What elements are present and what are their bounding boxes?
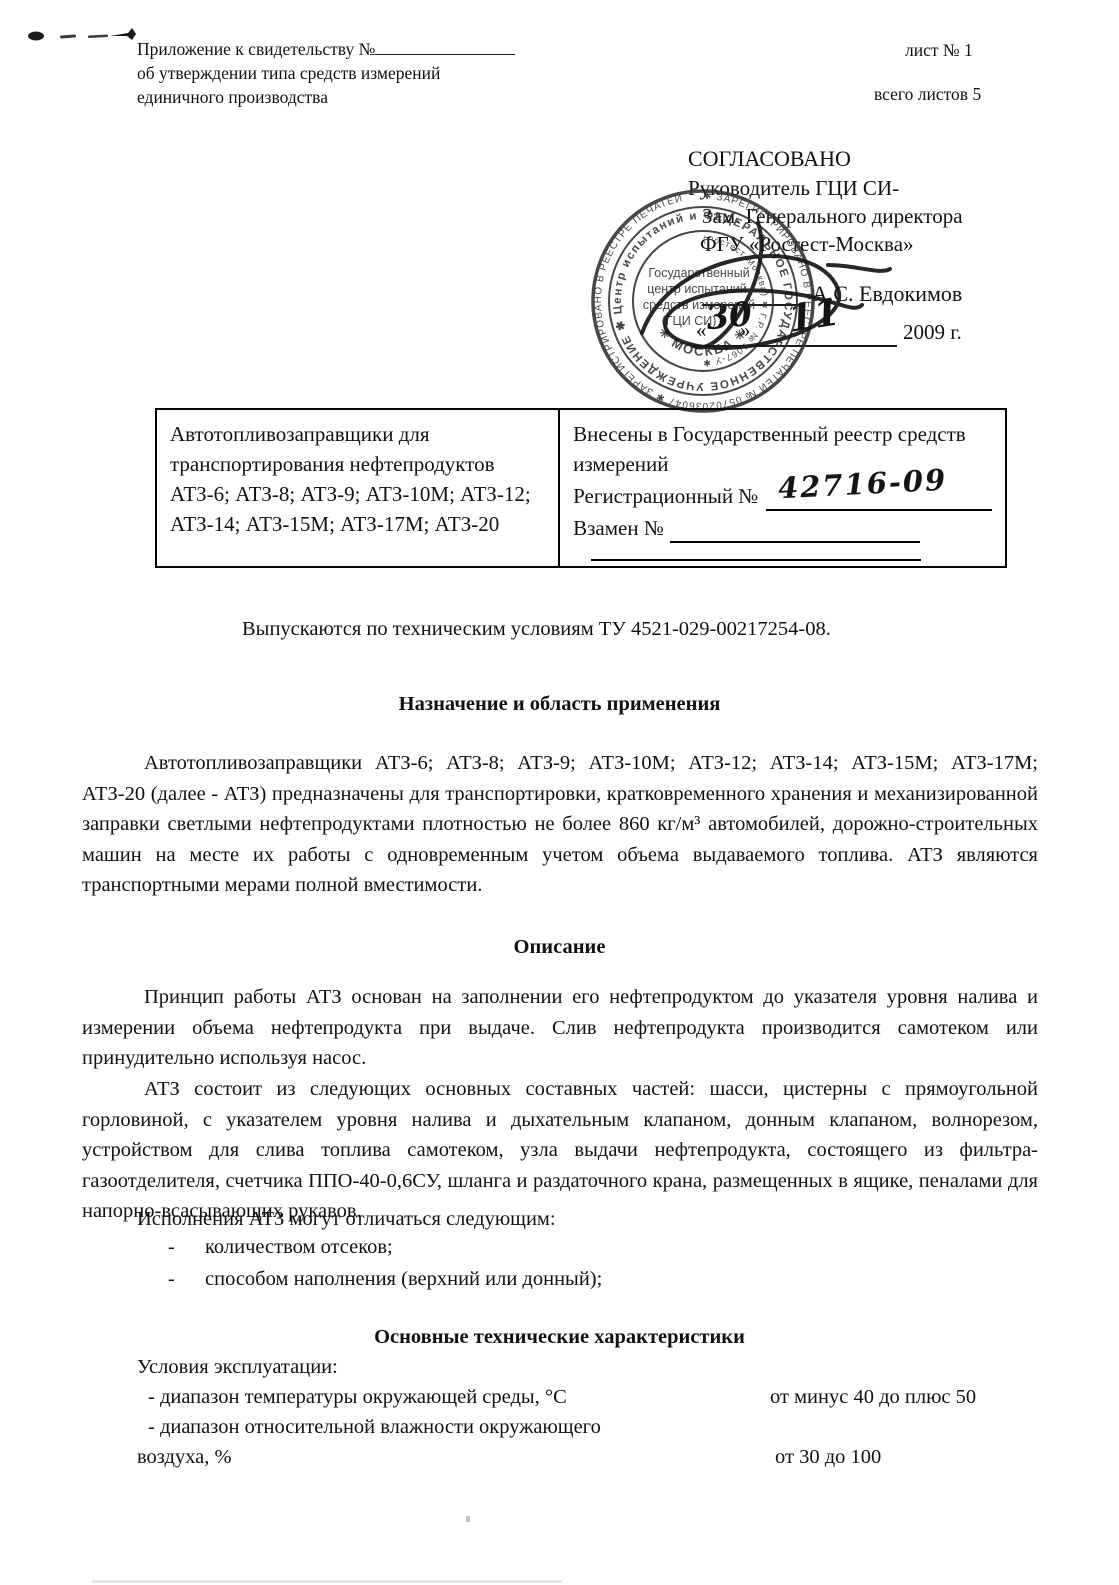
replace-number-line (670, 513, 920, 543)
registration-table: Автотопливозаправщики для транспортирова… (155, 408, 1007, 568)
scan-edge-artifact (92, 1580, 562, 1583)
purpose-heading: Назначение и область применения (0, 693, 1119, 716)
spec2-label-line2: воздуха, % (137, 1446, 232, 1469)
scanned-document-page: Приложение к свидетельству № об утвержде… (0, 0, 1119, 1585)
scan-speck (466, 1516, 470, 1522)
total-sheets: всего листов 5 (874, 82, 981, 106)
spec2-label-line1: - диапазон относительной влажности окруж… (148, 1416, 601, 1439)
bullet2-dash: - (168, 1268, 175, 1291)
description-paragraph-3: Исполнения АТЗ могут отличаться следующи… (82, 1204, 1038, 1235)
header-line3: единичного производства (137, 85, 515, 109)
signature-scrawl (590, 205, 1020, 395)
device-name-cell: Автотопливозаправщики для транспортирова… (157, 410, 560, 566)
bullet1-dash: - (168, 1236, 175, 1259)
purpose-paragraph: Автотопливозаправщики АТЗ-6; АТЗ-8; АТЗ-… (82, 748, 1038, 901)
specs-intro: Условия эксплуатации: (137, 1356, 338, 1379)
specs-heading: Основные технические характеристики (0, 1326, 1119, 1349)
registration-number-line: 42716-09 (766, 481, 992, 511)
spec2-value: от 30 до 100 (775, 1446, 881, 1469)
approval-title: СОГЛАСОВАНО (688, 146, 851, 172)
sheet-number: лист № 1 (905, 38, 973, 62)
registration-number-label: Регистрационный № (573, 481, 758, 511)
spec1-value: от минус 40 до плюс 50 (770, 1386, 976, 1409)
header-left: Приложение к свидетельству № об утвержде… (137, 37, 515, 109)
bullet1-text: количеством отсеков; (205, 1236, 393, 1259)
blank-line (591, 559, 921, 561)
handwritten-registration-number: 42716-09 (778, 465, 949, 504)
registry-cell: Внесены в Государственный реестр средств… (560, 410, 1005, 566)
description-paragraph-1: Принцип работы АТЗ основан на заполнении… (82, 982, 1038, 1074)
header-line2: об утверждении типа средств измерений (137, 61, 515, 85)
spec1-label: - диапазон температуры окружающей среды,… (148, 1386, 567, 1409)
description-heading: Описание (0, 936, 1119, 959)
header-appendix-label: Приложение к свидетельству № (137, 39, 375, 59)
bullet2-text: способом наполнения (верхний или донный)… (205, 1268, 602, 1291)
replace-number-label: Взамен № (573, 513, 664, 543)
technical-conditions-line: Выпускаются по техническим условиям ТУ 4… (242, 618, 831, 641)
scan-artifact-marks (24, 24, 144, 48)
certificate-number-blank (375, 41, 515, 55)
